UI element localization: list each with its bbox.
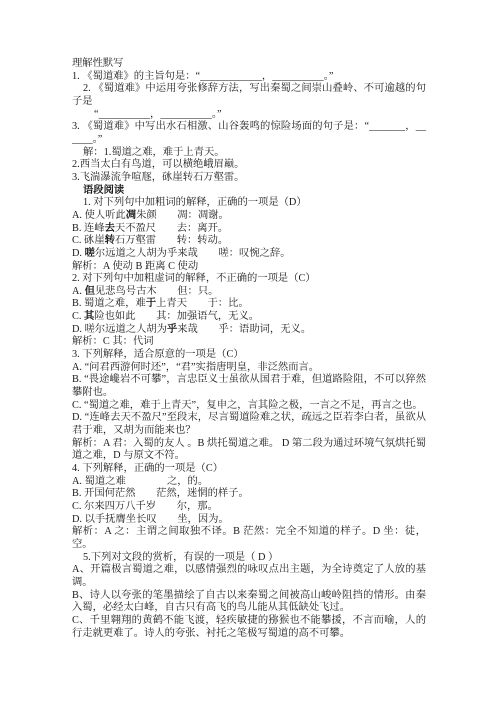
- reading-q1-analysis: 解析：A 使动 B 距离 C 使动: [72, 261, 426, 274]
- page: { "page": { "background_color": "#ffffff…: [0, 0, 496, 702]
- reading-q4-stem: 4. 下列解释，正确的一项是（C）: [72, 463, 426, 476]
- reading-q5-stem: 5.下列对文段的赏析，有误的一项是（ D ）: [72, 552, 426, 565]
- reading-q1-option-c: C. 砯崖转石万壑雷 转：转动。: [72, 235, 426, 248]
- text-segment: C.: [72, 311, 84, 322]
- reading-q2-option-c: C. 其险也如此 其：加强语气，无义。: [72, 311, 426, 324]
- text-segment: D.: [72, 248, 85, 259]
- text-segment: 尔远道之人胡为乎来哉 嗟：叹惋之辞。: [95, 248, 291, 259]
- emphasized-text: 乎: [167, 324, 177, 335]
- text-segment: 险也如此 其：加强语气，无义。: [94, 311, 259, 322]
- text-segment: 解析：C 其：代词: [72, 336, 154, 347]
- text-segment: C. 砯崖: [72, 235, 105, 246]
- text-segment: A.: [72, 286, 85, 297]
- text-segment: 来哉 乎：语助词，无义。: [177, 324, 311, 335]
- text-segment: 5.下列对文段的赏析，有误的一项是（ D ）: [83, 552, 278, 563]
- reading-q1-option-b: B. 连峰去天不盈尺 去：离开。: [72, 223, 426, 236]
- text-segment: 2. 《蜀道难》中运用夸张修辞方法，写出秦蜀之间崇山叠岭、不可逾越的句子是: [72, 83, 426, 107]
- emphasized-text: 其: [84, 311, 94, 322]
- text-segment: B、诗人以夸张的笔墨描绘了自古以来秦蜀之间被高山峻岭阻挡的情形。由秦入蜀，必经太…: [72, 590, 426, 614]
- reading-q3-analysis: 解析：A 君：入蜀的友人 。B 烘托蜀道之难。 D 第二段为通过环境气氛烘托蜀道…: [72, 438, 426, 463]
- emphasized-text: 于: [146, 298, 156, 309]
- emphasized-text: 但: [85, 286, 95, 297]
- reading-q4-option-d: D. 以手抚膺坐长叹 坐，因为。: [72, 514, 426, 527]
- emphasized-text: 转: [105, 235, 115, 246]
- text-segment: 1. 对下列句中加粗词的解释，正确的一项是（D）: [83, 197, 307, 208]
- text-segment: C、千里翱翔的黄鹤不能飞渡，轻疾敏捷的猕猴也不能攀援，不言而喻，人的行走就更难了…: [72, 615, 426, 639]
- reading-q2-option-d: D. 嗟尔远道之人胡为乎来哉 乎：语助词，无义。: [72, 324, 426, 337]
- reading-q4-option-c: C. 尔来四万八千岁 尔，那。: [72, 501, 426, 514]
- text-segment: D. “连峰去天不盈尺”至段末，尽言蜀道险难之状，疏远之臣若李白者，虽欲从君于难…: [72, 412, 426, 436]
- text-segment: A. 蜀道之难 之，的。: [72, 476, 208, 487]
- document-body: 理解性默写1. 《蜀道难》的主旨句是：“____________，_______…: [72, 58, 426, 640]
- text-segment: “__________，__________。”: [94, 109, 222, 120]
- text-segment: 4. 下列解释，正确的一项是（C）: [72, 463, 223, 474]
- text-segment: B. 蜀道之难，难: [72, 298, 146, 309]
- text-segment: B. 开国何茫然 茫然，迷惘的样子。: [72, 488, 249, 499]
- reading-q3-stem: 3. 下列解释，适合原意的一项是（C）: [72, 349, 426, 362]
- dictation-answer-1: 解：1.蜀道之难，难于上青天。: [72, 147, 426, 160]
- text-segment: 3. 下列解释，适合原意的一项是（C）: [72, 349, 244, 360]
- reading-q4-option-a: A. 蜀道之难 之，的。: [72, 476, 426, 489]
- text-segment: 语段阅读: [83, 185, 124, 196]
- dictation-q2-blank: “__________，__________。”: [72, 109, 426, 122]
- text-segment: B. 连峰: [72, 223, 105, 234]
- text-segment: 见悲鸟号古木 但：只。: [95, 286, 219, 297]
- reading-q4-option-b: B. 开国何茫然 茫然，迷惘的样子。: [72, 488, 426, 501]
- emphasized-text: 去: [105, 223, 115, 234]
- text-segment: A、开篇极言蜀道之难，以感情强烈的咏叹点出主题，为全诗奠定了人放的基调。: [72, 564, 426, 588]
- reading-q3-option-a: A. “问君西游何时还”，“君”实指唐明皇，非泛然而言。: [72, 362, 426, 375]
- text-segment: 朱颜 凋：凋谢。: [136, 210, 229, 221]
- text-segment: 3.飞湍瀑流争喧豗，砯崖转石万壑雷。: [72, 172, 244, 183]
- heading-dictation: 理解性默写: [72, 58, 426, 71]
- text-segment: 石万壑雷 转：转动。: [115, 235, 228, 246]
- text-segment: 解析：A 之：主谓之间取独不译。B 茫然：完全不知道的样子。D 坐：徒，空。: [72, 526, 426, 550]
- reading-q5-option-c: C、千里翱翔的黄鹤不能飞渡，轻疾敏捷的猕猴也不能攀援，不言而喻，人的行走就更难了…: [72, 615, 426, 640]
- dictation-q2: 2. 《蜀道难》中运用夸张修辞方法，写出秦蜀之间崇山叠岭、不可逾越的句子是: [72, 83, 426, 108]
- text-segment: 1. 《蜀道难》的主旨句是：“____________，__________。”: [72, 71, 333, 82]
- reading-q2-stem: 2. 对下列句中加粗虚词的解释，不正确的一项是（C）: [72, 273, 426, 286]
- text-segment: 3. 《蜀道难》中写出水石相激、山谷轰鸣的惊险场面的句子是：“_______，_…: [72, 121, 426, 145]
- reading-q4-analysis: 解析：A 之：主谓之间取独不译。B 茫然：完全不知道的样子。D 坐：徒，空。: [72, 526, 426, 551]
- reading-q5-option-b: B、诗人以夸张的笔墨描绘了自古以来秦蜀之间被高山峻岭阻挡的情形。由秦入蜀，必经太…: [72, 590, 426, 615]
- text-segment: 2.西当太白有鸟道，可以横绝峨眉巅。: [72, 159, 244, 170]
- text-segment: 解析：A 使动 B 距离 C 使动: [72, 261, 198, 272]
- text-segment: A. 使人听此: [72, 210, 126, 221]
- dictation-q1: 1. 《蜀道难》的主旨句是：“____________，__________。”: [72, 71, 426, 84]
- text-segment: 天不盈尺 去：离开。: [115, 223, 228, 234]
- text-segment: 2. 对下列句中加粗虚词的解释，不正确的一项是（C）: [72, 273, 316, 284]
- emphasized-text: 嗟: [85, 248, 95, 259]
- text-segment: A. “问君西游何时还”，“君”实指唐明皇，非泛然而言。: [72, 362, 319, 373]
- text-segment: D. 以手抚膺坐长叹 坐，因为。: [72, 514, 229, 525]
- reading-q2-option-b: B. 蜀道之难，难于上青天 于：比。: [72, 298, 426, 311]
- text-segment: 理解性默写: [72, 58, 123, 69]
- reading-q2-option-a: A. 但见悲鸟号古木 但：只。: [72, 286, 426, 299]
- text-segment: 解析：A 君：入蜀的友人 。B 烘托蜀道之难。 D 第二段为通过环境气氛烘托蜀道…: [72, 438, 426, 462]
- dictation-q3: 3. 《蜀道难》中写出水石相激、山谷轰鸣的惊险场面的句子是：“_______，_…: [72, 121, 426, 146]
- document-page: 理解性默写1. 《蜀道难》的主旨句是：“____________，_______…: [0, 0, 496, 702]
- reading-q1-stem: 1. 对下列句中加粗词的解释，正确的一项是（D）: [72, 197, 426, 210]
- emphasized-text: 凋: [126, 210, 136, 221]
- reading-q3-option-c: C. “蜀道之难，难于上青天”，复申之，言其险之极，一言之不足，再言之也。: [72, 400, 426, 413]
- dictation-answer-2: 2.西当太白有鸟道，可以横绝峨眉巅。: [72, 159, 426, 172]
- text-segment: C. 尔来四万八千岁 尔，那。: [72, 501, 218, 512]
- dictation-answer-3: 3.飞湍瀑流争喧豗，砯崖转石万壑雷。: [72, 172, 426, 185]
- text-segment: B. “畏途巉岩不可攀”，言忠臣义士虽欲从国君于难，但道路险阻，不可以猝然攀附也…: [72, 374, 426, 398]
- reading-q5-option-a: A、开篇极言蜀道之难，以感情强烈的咏叹点出主题，为全诗奠定了人放的基调。: [72, 564, 426, 589]
- reading-q3-option-b: B. “畏途巉岩不可攀”，言忠臣义士虽欲从国君于难，但道路险阻，不可以猝然攀附也…: [72, 374, 426, 399]
- reading-q1-option-d: D. 嗟尔远道之人胡为乎来哉 嗟：叹惋之辞。: [72, 248, 426, 261]
- reading-q3-option-d: D. “连峰去天不盈尺”至段末，尽言蜀道险难之状，疏远之臣若李白者，虽欲从君于难…: [72, 412, 426, 437]
- reading-q1-option-a: A. 使人听此凋朱颜 凋：凋谢。: [72, 210, 426, 223]
- heading-reading: 语段阅读: [72, 185, 426, 198]
- text-segment: 上青天 于：比。: [156, 298, 249, 309]
- text-segment: D. 嗟尔远道之人胡为: [72, 324, 167, 335]
- text-segment: C. “蜀道之难，难于上青天”，复申之，言其险之极，一言之不足，再言之也。: [72, 400, 423, 411]
- reading-q2-analysis: 解析：C 其：代词: [72, 336, 426, 349]
- text-segment: 解：1.蜀道之难，难于上青天。: [83, 147, 225, 158]
